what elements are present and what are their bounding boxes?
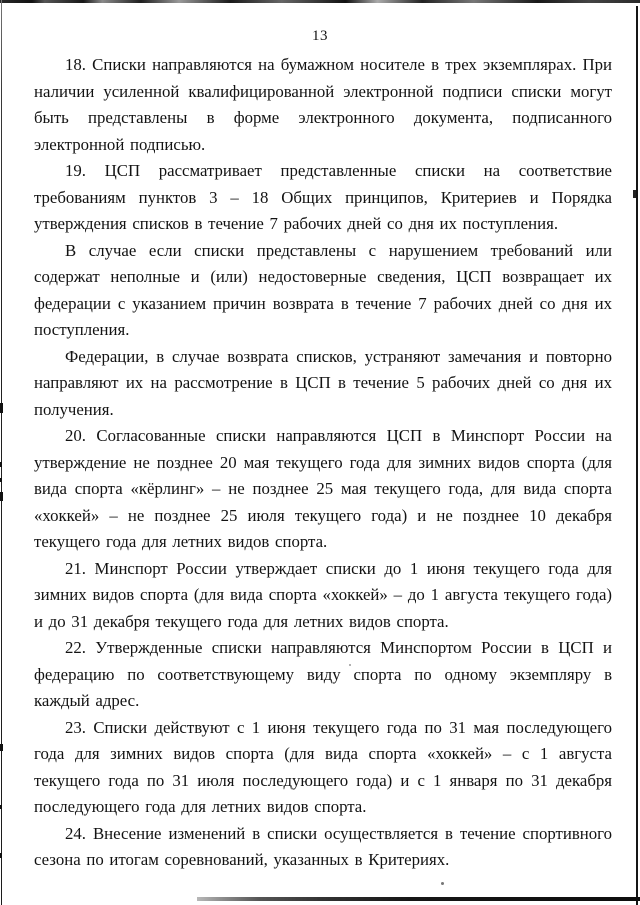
page-number: 13: [0, 28, 640, 45]
paragraph-20: 20. Согласованные списки направляются ЦС…: [34, 423, 612, 556]
paragraph-21: 21. Минспорт России утверждает списки до…: [34, 556, 612, 636]
scanned-document-page: 13 18. Списки направляются на бумажном н…: [0, 0, 640, 905]
scan-speck: [633, 190, 636, 198]
paragraph-18: 18. Списки направляются на бумажном носи…: [34, 52, 612, 158]
scan-speck: [0, 462, 2, 467]
scan-speck: [441, 882, 444, 885]
paragraph-22: 22. Утвержденные списки направляются Мин…: [34, 635, 612, 715]
document-body: 18. Списки направляются на бумажном носи…: [34, 52, 612, 874]
paragraph-19-subpara-return: В случае если списки представлены с нару…: [34, 238, 612, 344]
scan-speck: [0, 744, 3, 751]
scan-speck: [0, 403, 3, 413]
scan-speck: [0, 853, 2, 858]
scan-speck: [0, 805, 2, 809]
scan-edge-bottom-artifact: [197, 897, 640, 901]
scan-edge-right-artifact: [636, 6, 638, 905]
scan-speck: [349, 664, 351, 666]
paragraph-19: 19. ЦСП рассматривает представленные спи…: [34, 158, 612, 238]
scan-edge-top-artifact: [0, 0, 640, 3]
scan-speck: [0, 478, 2, 482]
scan-edge-left-artifact: [1, 0, 2, 905]
paragraph-19-subpara-resubmit: Федерации, в случае возврата списков, ус…: [34, 344, 612, 424]
paragraph-24: 24. Внесение изменений в списки осуществ…: [34, 821, 612, 874]
paragraph-23: 23. Списки действуют с 1 июня текущего г…: [34, 715, 612, 821]
scan-speck: [0, 492, 3, 501]
